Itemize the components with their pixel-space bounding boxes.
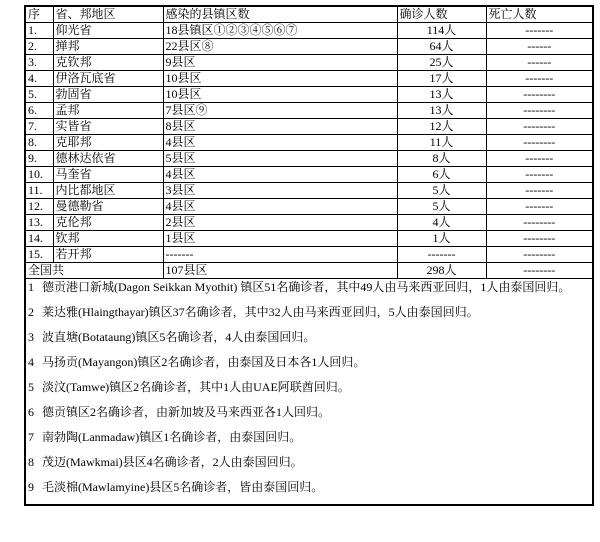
cell-no: 8. bbox=[25, 135, 53, 151]
cell-confirmed: 5人 bbox=[397, 183, 486, 199]
cell-confirmed: 5人 bbox=[397, 199, 486, 215]
footnote: 5淡汶(Tamwe)镇区2名确诊者，其中1人由UAE阿联酋回归。 bbox=[28, 379, 590, 395]
total-districts: 107县区 bbox=[163, 263, 397, 279]
footnote: 3波直塘(Botataung)镇区5名确诊者，4人由泰国回归。 bbox=[28, 329, 590, 345]
table-row: 8. 克耶邦 4县区 11人 -------- bbox=[25, 135, 593, 151]
cell-districts: 4县区 bbox=[163, 199, 397, 215]
table-row: 11. 内比都地区 3县区 5人 ------- bbox=[25, 183, 593, 199]
footnote-number: 3 bbox=[28, 329, 42, 345]
header-districts: 感染的县镇区数 bbox=[163, 6, 397, 23]
footnote-text: 淡汶(Tamwe)镇区2名确诊者，其中1人由UAE阿联酋回归。 bbox=[42, 380, 350, 394]
cell-districts: 5县区 bbox=[163, 151, 397, 167]
table-header-row: 序 省、邦地区 感染的县镇区数 确诊人数 死亡人数 bbox=[25, 6, 593, 23]
header-region: 省、邦地区 bbox=[53, 6, 163, 23]
cell-region: 若开邦 bbox=[53, 247, 163, 263]
header-deaths: 死亡人数 bbox=[486, 6, 593, 23]
cell-confirmed: 6人 bbox=[397, 167, 486, 183]
footnote: 7南勃陶(Lanmadaw)镇区1名确诊者，由泰国回归。 bbox=[28, 429, 590, 445]
cell-districts: 2县区 bbox=[163, 215, 397, 231]
header-confirmed: 确诊人数 bbox=[397, 6, 486, 23]
covid-region-table: 序 省、邦地区 感染的县镇区数 确诊人数 死亡人数 1. 仰光省 18县镇区①②… bbox=[24, 5, 594, 506]
footnote-number: 7 bbox=[28, 429, 42, 445]
cell-confirmed: 11人 bbox=[397, 135, 486, 151]
footnote-number: 9 bbox=[28, 479, 42, 495]
cell-deaths: ------- bbox=[486, 151, 593, 167]
document-page: 序 省、邦地区 感染的县镇区数 确诊人数 死亡人数 1. 仰光省 18县镇区①②… bbox=[0, 0, 600, 542]
cell-districts: 22县区⑧ bbox=[163, 39, 397, 55]
cell-deaths: -------- bbox=[486, 231, 593, 247]
table-row: 10. 马奎省 4县区 6人 ------- bbox=[25, 167, 593, 183]
cell-deaths: ------ bbox=[486, 39, 593, 55]
cell-no: 15. bbox=[25, 247, 53, 263]
cell-region: 克钦邦 bbox=[53, 55, 163, 71]
cell-no: 6. bbox=[25, 103, 53, 119]
cell-no: 11. bbox=[25, 183, 53, 199]
cell-region: 马奎省 bbox=[53, 167, 163, 183]
cell-deaths: ------- bbox=[486, 199, 593, 215]
cell-districts: 4县区 bbox=[163, 135, 397, 151]
footnote-text: 波直塘(Botataung)镇区5名确诊者，4人由泰国回归。 bbox=[42, 330, 315, 344]
table-row: 12. 曼德勒省 4县区 5人 ------- bbox=[25, 199, 593, 215]
header-no: 序 bbox=[25, 6, 53, 23]
cell-region: 钦邦 bbox=[53, 231, 163, 247]
table-row: 1. 仰光省 18县镇区①②③④⑤⑥⑦ 114人 ------- bbox=[25, 23, 593, 39]
cell-deaths: ------ bbox=[486, 55, 593, 71]
footnote-number: 8 bbox=[28, 454, 42, 470]
cell-no: 13. bbox=[25, 215, 53, 231]
cell-deaths: ------- bbox=[486, 183, 593, 199]
footnote: 9毛淡棉(Mawlamyine)县区5名确诊者，皆由泰国回归。 bbox=[28, 479, 590, 495]
cell-districts: 10县区 bbox=[163, 87, 397, 103]
table-row: 14. 钦邦 1县区 1人 -------- bbox=[25, 231, 593, 247]
total-deaths: -------- bbox=[486, 263, 593, 279]
cell-districts: 1县区 bbox=[163, 231, 397, 247]
cell-no: 4. bbox=[25, 71, 53, 87]
footnote-number: 2 bbox=[28, 304, 42, 320]
cell-region: 伊洛瓦底省 bbox=[53, 71, 163, 87]
table-row: 2. 掸邦 22县区⑧ 64人 ------ bbox=[25, 39, 593, 55]
total-label: 全国共 bbox=[25, 263, 163, 279]
footnote-number: 5 bbox=[28, 379, 42, 395]
table-row: 13. 克伦邦 2县区 4人 -------- bbox=[25, 215, 593, 231]
cell-no: 9. bbox=[25, 151, 53, 167]
footnote-text: 南勃陶(Lanmadaw)镇区1名确诊者，由泰国回归。 bbox=[42, 430, 301, 444]
footnote: 4马扬贡(Mayangon)镇区2名确诊者，由泰国及日本各1人回归。 bbox=[28, 354, 590, 370]
cell-districts: 3县区 bbox=[163, 183, 397, 199]
table-row: 9. 德林达依省 5县区 8人 ------- bbox=[25, 151, 593, 167]
footnote: 6德贡镇区2名确诊者，由新加坡及马来西亚各1人回归。 bbox=[28, 404, 590, 420]
table-row: 15. 若开邦 ------- ------- -------- bbox=[25, 247, 593, 263]
cell-confirmed: 13人 bbox=[397, 103, 486, 119]
cell-districts: 4县区 bbox=[163, 167, 397, 183]
footnote: 1德贡港口新城(Dagon Seikkan Myothit) 镇区51名确诊者，… bbox=[28, 279, 590, 295]
cell-districts: 18县镇区①②③④⑤⑥⑦ bbox=[163, 23, 397, 39]
cell-deaths: ------- bbox=[486, 23, 593, 39]
cell-deaths: ------- bbox=[486, 71, 593, 87]
cell-deaths: -------- bbox=[486, 119, 593, 135]
footnote-text: 马扬贡(Mayangon)镇区2名确诊者，由泰国及日本各1人回归。 bbox=[42, 355, 365, 369]
footnote-text: 毛淡棉(Mawlamyine)县区5名确诊者，皆由泰国回归。 bbox=[42, 480, 323, 494]
cell-region: 德林达依省 bbox=[53, 151, 163, 167]
cell-confirmed: 13人 bbox=[397, 87, 486, 103]
footnote-text: 德贡港口新城(Dagon Seikkan Myothit) 镇区51名确诊者，其… bbox=[42, 280, 570, 294]
cell-region: 克耶邦 bbox=[53, 135, 163, 151]
footnote: 2莱达雅(Hlaingthayar)镇区37名确诊者，其中32人由马来西亚回归，… bbox=[28, 304, 590, 320]
cell-region: 实皆省 bbox=[53, 119, 163, 135]
cell-no: 5. bbox=[25, 87, 53, 103]
cell-confirmed: 8人 bbox=[397, 151, 486, 167]
footnotes-section: 1德贡港口新城(Dagon Seikkan Myothit) 镇区51名确诊者，… bbox=[25, 279, 593, 506]
cell-districts: 7县区⑨ bbox=[163, 103, 397, 119]
cell-confirmed: 17人 bbox=[397, 71, 486, 87]
footnote-number: 6 bbox=[28, 404, 42, 420]
cell-no: 12. bbox=[25, 199, 53, 215]
notes-row: 1德贡港口新城(Dagon Seikkan Myothit) 镇区51名确诊者，… bbox=[25, 279, 593, 506]
total-confirmed: 298人 bbox=[397, 263, 486, 279]
table-row: 3. 克钦邦 9县区 25人 ------ bbox=[25, 55, 593, 71]
cell-deaths: -------- bbox=[486, 103, 593, 119]
table-row: 7. 实皆省 8县区 12人 -------- bbox=[25, 119, 593, 135]
cell-confirmed: 1人 bbox=[397, 231, 486, 247]
table-total-row: 全国共 107县区 298人 -------- bbox=[25, 263, 593, 279]
cell-confirmed: 12人 bbox=[397, 119, 486, 135]
footnote-text: 莱达雅(Hlaingthayar)镇区37名确诊者，其中32人由马来西亚回归，5… bbox=[42, 305, 479, 319]
table-row: 6. 孟邦 7县区⑨ 13人 -------- bbox=[25, 103, 593, 119]
cell-deaths: -------- bbox=[486, 135, 593, 151]
cell-confirmed: 4人 bbox=[397, 215, 486, 231]
cell-region: 掸邦 bbox=[53, 39, 163, 55]
cell-no: 3. bbox=[25, 55, 53, 71]
cell-region: 内比都地区 bbox=[53, 183, 163, 199]
cell-confirmed: 114人 bbox=[397, 23, 486, 39]
footnote-number: 4 bbox=[28, 354, 42, 370]
footnote-text: 茂迈(Mawkmai)县区4名确诊者，2人由泰国回归。 bbox=[42, 455, 303, 469]
cell-deaths: ------- bbox=[486, 167, 593, 183]
cell-region: 仰光省 bbox=[53, 23, 163, 39]
cell-deaths: -------- bbox=[486, 215, 593, 231]
cell-districts: ------- bbox=[163, 247, 397, 263]
cell-region: 勃固省 bbox=[53, 87, 163, 103]
cell-no: 1. bbox=[25, 23, 53, 39]
cell-deaths: -------- bbox=[486, 87, 593, 103]
footnote-text: 德贡镇区2名确诊者，由新加坡及马来西亚各1人回归。 bbox=[42, 405, 330, 419]
cell-no: 14. bbox=[25, 231, 53, 247]
cell-confirmed: ------- bbox=[397, 247, 486, 263]
footnote: 8茂迈(Mawkmai)县区4名确诊者，2人由泰国回归。 bbox=[28, 454, 590, 470]
cell-region: 克伦邦 bbox=[53, 215, 163, 231]
footnote-number: 1 bbox=[28, 279, 42, 295]
cell-region: 孟邦 bbox=[53, 103, 163, 119]
cell-deaths: -------- bbox=[486, 247, 593, 263]
cell-no: 10. bbox=[25, 167, 53, 183]
cell-districts: 8县区 bbox=[163, 119, 397, 135]
cell-no: 7. bbox=[25, 119, 53, 135]
table-row: 5. 勃固省 10县区 13人 -------- bbox=[25, 87, 593, 103]
cell-region: 曼德勒省 bbox=[53, 199, 163, 215]
table-row: 4. 伊洛瓦底省 10县区 17人 ------- bbox=[25, 71, 593, 87]
cell-districts: 10县区 bbox=[163, 71, 397, 87]
cell-confirmed: 25人 bbox=[397, 55, 486, 71]
cell-no: 2. bbox=[25, 39, 53, 55]
cell-districts: 9县区 bbox=[163, 55, 397, 71]
cell-confirmed: 64人 bbox=[397, 39, 486, 55]
